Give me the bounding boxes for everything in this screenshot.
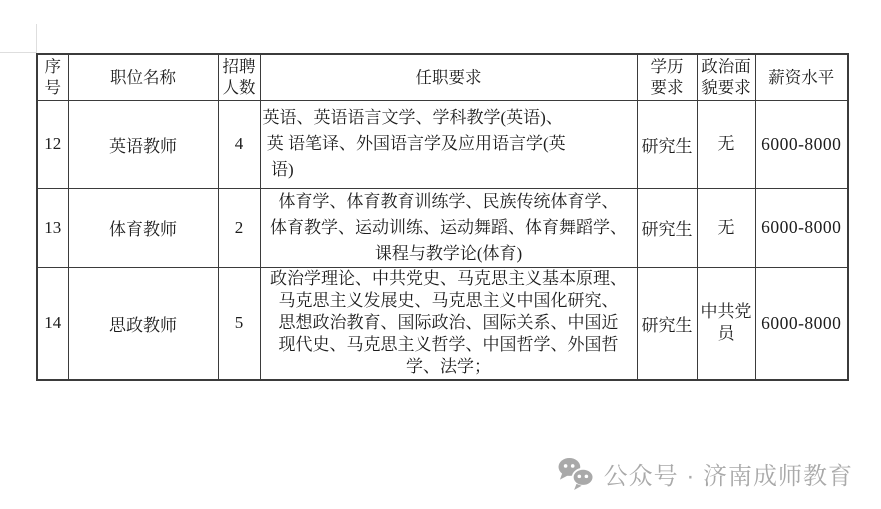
cell-education: 研究生 [637,188,697,267]
cell-requirements: 政治学理论、中共党史、马克思主义基本原理、 马克思主义发展史、马克思主义中国化研… [260,267,637,380]
wechat-icon [557,457,595,491]
job-table: 序号 职位名称 招聘 人数 任职要求 学历 要求 政治面 貌要求 薪资水平 12… [36,53,849,381]
cell-position: 体育教师 [68,188,218,267]
cell-position: 英语教师 [68,100,218,188]
col-header-requirements: 任职要求 [260,54,637,100]
cell-serial: 12 [37,100,68,188]
table-row: 14 思政教师 5 政治学理论、中共党史、马克思主义基本原理、 马克思主义发展史… [37,267,848,380]
cell-salary: 6000-8000 [755,100,848,188]
table-row: 13 体育教师 2 体育学、体育教育训练学、民族传统体育学、 体育教学、运动训练… [37,188,848,267]
col-header-salary: 薪资水平 [755,54,848,100]
watermark-label: 公众号 · 济南成师教育 [604,456,853,491]
col-header-serial: 序号 [37,54,68,100]
col-header-position: 职位名称 [68,54,218,100]
cell-political: 无 [697,188,755,267]
watermark: 公众号 · 济南成师教育 [557,456,853,491]
table-row: 12 英语教师 4 英语、英语语言文学、学科教学(英语)、 英 语笔译、外国语言… [37,100,848,188]
cell-count: 4 [218,100,260,188]
cell-count: 5 [218,267,260,380]
gridline-artifact-vertical [36,24,37,53]
cell-salary: 6000-8000 [755,188,848,267]
header-row: 序号 职位名称 招聘 人数 任职要求 学历 要求 政治面 貌要求 薪资水平 [37,54,848,100]
cell-requirements: 体育学、体育教育训练学、民族传统体育学、 体育教学、运动训练、运动舞蹈、体育舞蹈… [260,188,637,267]
col-header-count: 招聘 人数 [218,54,260,100]
cell-serial: 14 [37,267,68,380]
col-header-political: 政治面 貌要求 [697,54,755,100]
cell-political: 无 [697,100,755,188]
cell-count: 2 [218,188,260,267]
cell-salary: 6000-8000 [755,267,848,380]
cell-position: 思政教师 [68,267,218,380]
cell-serial: 13 [37,188,68,267]
gridline-artifact-horizontal [0,52,37,53]
cell-requirements: 英语、英语语言文学、学科教学(英语)、 英 语笔译、外国语言学及应用语言学(英 … [260,100,637,188]
recruitment-table-page: 序号 职位名称 招聘 人数 任职要求 学历 要求 政治面 貌要求 薪资水平 12… [0,0,881,509]
cell-education: 研究生 [637,100,697,188]
cell-education: 研究生 [637,267,697,380]
col-header-education: 学历 要求 [637,54,697,100]
cell-political: 中共党 员 [697,267,755,380]
